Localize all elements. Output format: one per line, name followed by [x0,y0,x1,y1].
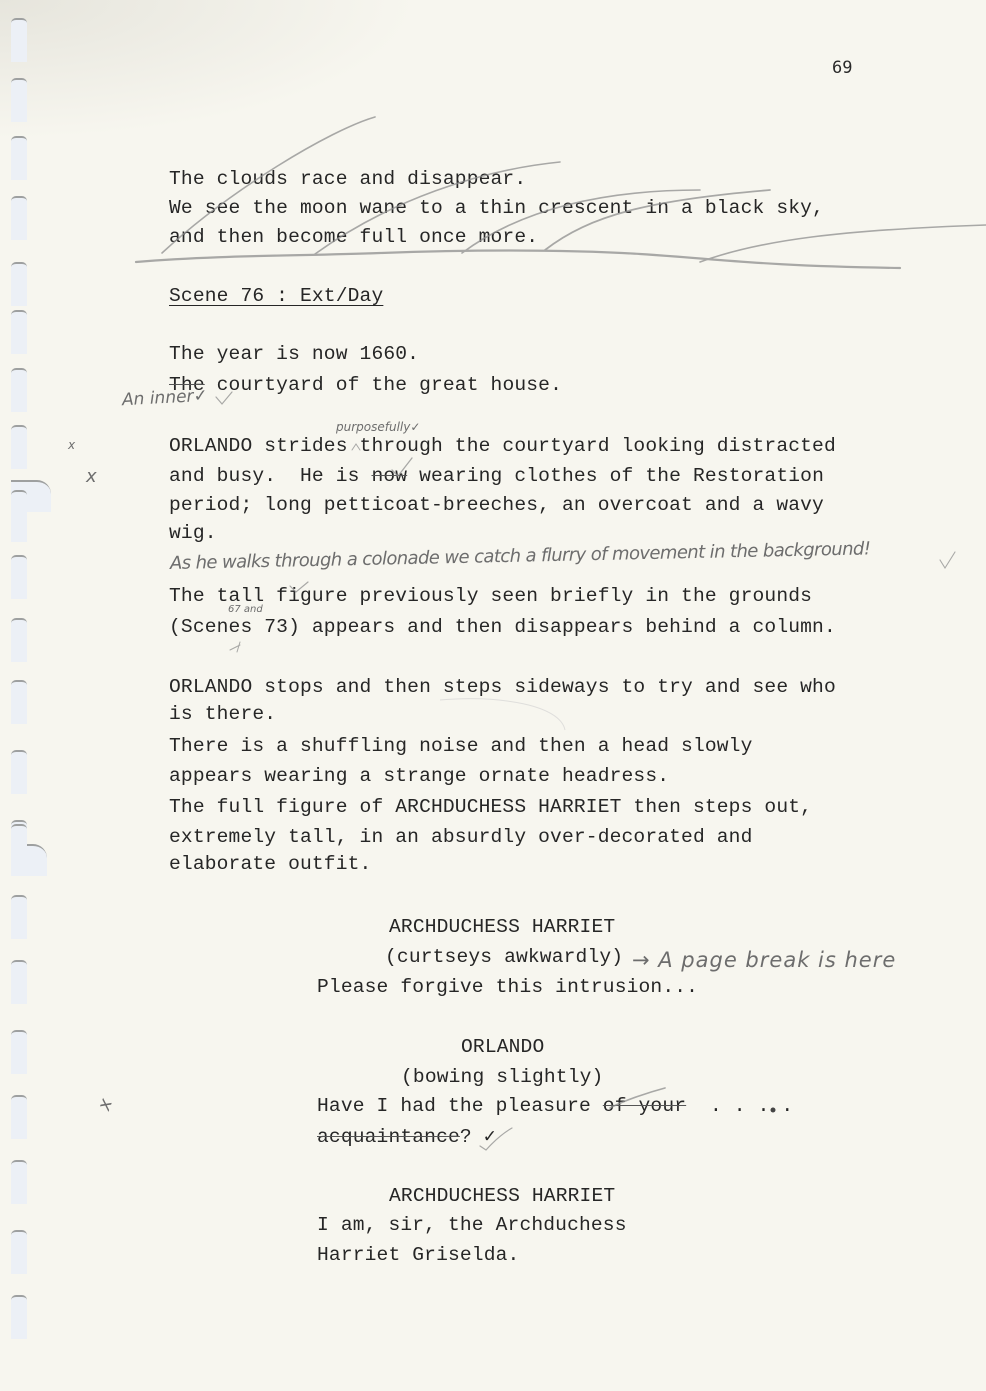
action-line: The tall figure previously seen briefly … [169,585,812,607]
margin-mark: x [94,1096,117,1113]
struck-text: now [371,465,407,487]
binder-hole [11,555,27,599]
action-line: We see the moon wane to a thin crescent … [169,197,824,219]
paper-grain [0,0,420,140]
character-name: ARCHDUCHESS HARRIET [389,1185,615,1207]
binder-hole [11,196,27,240]
action-line: period; long petticoat-breeches, an over… [169,494,824,516]
dialogue-line: Have I had the pleasure of your . . . . [317,1095,793,1117]
binder-hole [11,368,27,412]
text: ORLANDO strides [169,435,348,457]
margin-mark: x [86,466,97,487]
text: ? ✓ [460,1126,496,1148]
text: through the courtyard looking distracted [348,435,836,457]
action-line: (Scenes 73) appears and then disappears … [169,616,836,638]
struck-text: of your [603,1095,686,1117]
text: wearing clothes of the Restoration [407,465,824,487]
binder-hole [11,136,27,180]
binder-hole [11,680,27,724]
handwritten-annotation: An inner✓ [122,386,209,410]
dialogue-line: acquaintance? ✓ [317,1124,496,1148]
text: courtyard of the great house. [205,374,562,396]
binder-hole [11,750,27,794]
dialogue-line: Please forgive this intrusion... [317,976,698,998]
binder-hole [11,1030,27,1074]
script-page: 69 The clouds race and disappear. We see… [0,0,986,1391]
text: and busy. He is [169,465,371,487]
scene-heading: Scene 76 : Ext/Day [169,285,383,307]
action-line: elaborate outfit. [169,853,371,875]
binder-hole [11,425,27,469]
dialogue-line: I am, sir, the Archduchess [317,1214,627,1236]
action-line: The full figure of ARCHDUCHESS HARRIET t… [169,796,812,818]
text: Have I had the pleasure [317,1095,603,1117]
action-line: extremely tall, in an absurdly over-deco… [169,826,753,848]
binder-hole [11,18,27,62]
text: . . . . [686,1095,793,1117]
character-name: ORLANDO [461,1036,544,1058]
action-line: ORLANDO strides through the courtyard lo… [169,435,836,457]
action-line: The courtyard of the great house. [169,374,562,396]
character-name: ARCHDUCHESS HARRIET [389,916,615,938]
binder-hole [11,618,27,662]
action-line: ORLANDO stops and then steps sideways to… [169,676,836,698]
binder-hole [11,895,27,939]
action-line: The clouds race and disappear. [169,168,526,190]
parenthetical: (bowing slightly) [401,1066,603,1088]
binder-hole [11,262,27,306]
dialogue-line: Harriet Griselda. [317,1244,519,1266]
binder-hole [11,824,27,876]
page-number: 69 [832,58,852,78]
margin-mark: x [68,438,75,452]
handwritten-insert: 67 and [228,604,263,615]
struck-text: acquaintance [317,1126,460,1148]
binder-hole [11,78,27,122]
binder-hole [11,490,27,542]
binder-hole [11,960,27,1004]
action-line: and busy. He is now wearing clothes of t… [169,465,824,487]
parenthetical: (curtseys awkwardly) [385,946,623,968]
handwritten-insert: purposefully✓ [336,420,420,434]
action-line: and then become full once more. [169,226,538,248]
binder-hole [11,1095,27,1139]
handwritten-annotation: → A page break is here [632,948,896,972]
binder-hole [11,310,27,354]
action-line: is there. [169,703,276,725]
binder-hole [11,1295,27,1339]
action-line: There is a shuffling noise and then a he… [169,735,753,757]
action-line: The year is now 1660. [169,343,419,365]
binder-hole [11,1160,27,1204]
action-line: appears wearing a strange ornate headres… [169,765,669,787]
handwritten-insert-line: As he walks through a colonade we catch … [170,538,871,574]
binder-hole [11,1230,27,1274]
action-line: wig. [169,522,217,544]
